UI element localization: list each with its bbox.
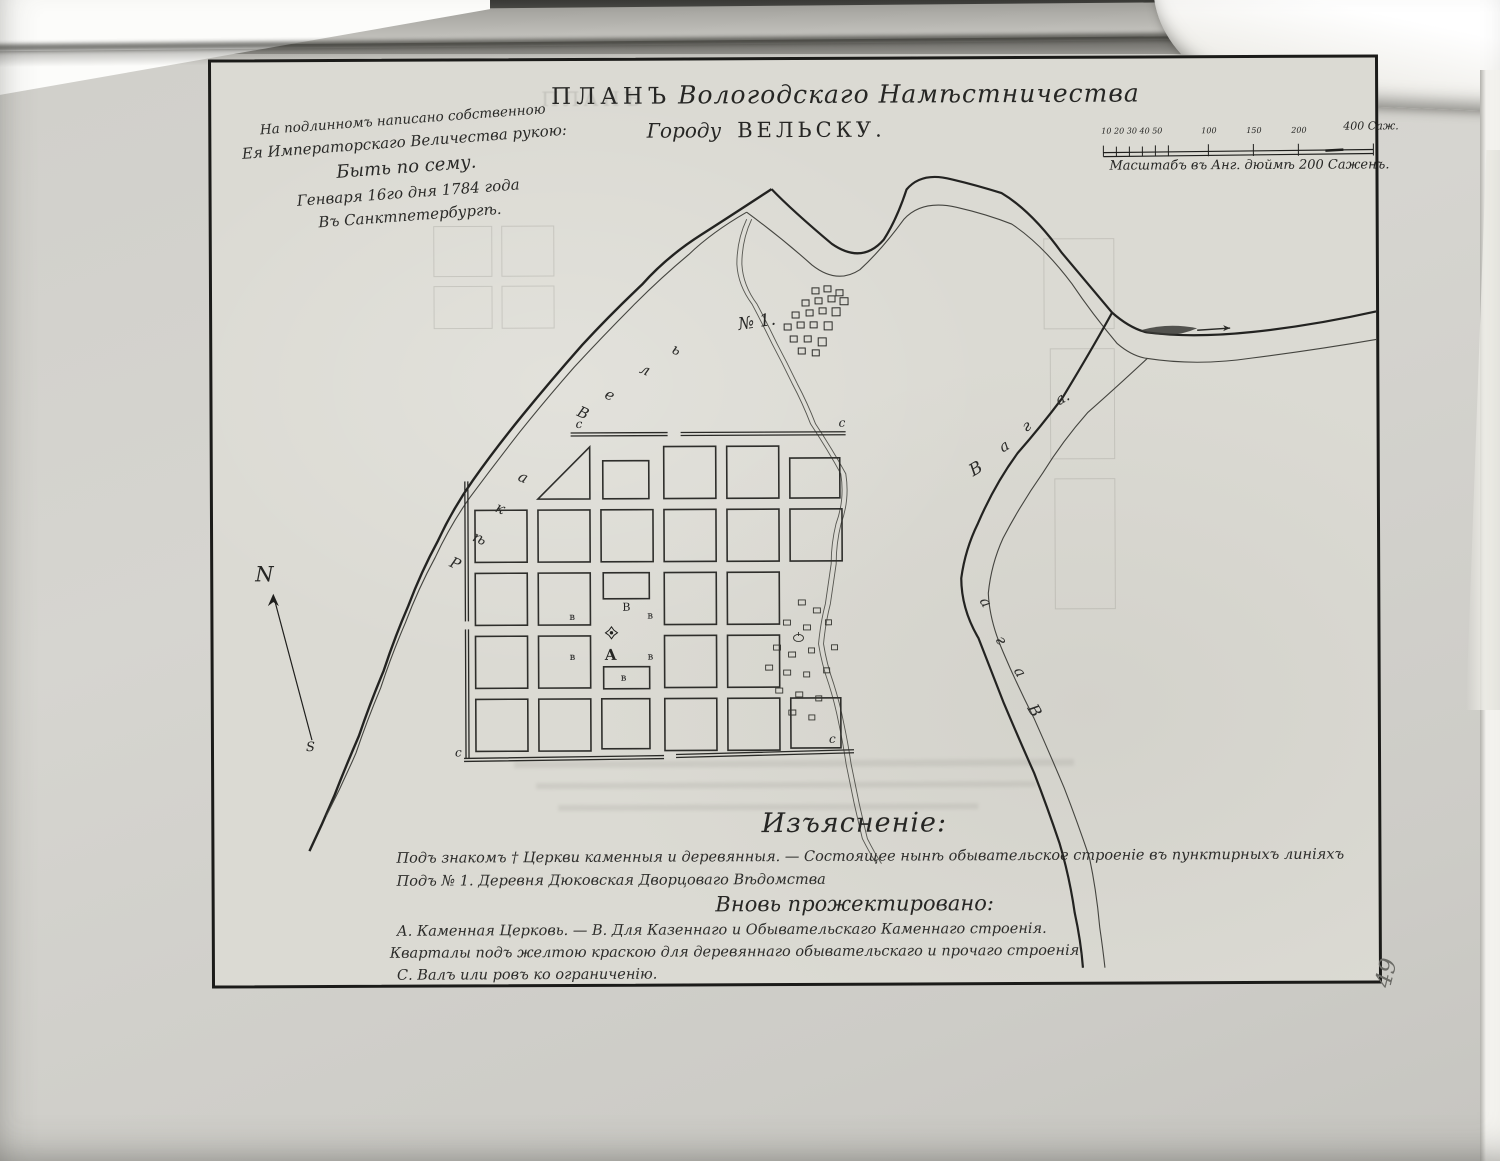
rampart-c-label: с (829, 732, 836, 746)
folio-number: 49 (1370, 956, 1402, 991)
river-island (1140, 325, 1230, 335)
title-town-word: Городу (647, 118, 722, 142)
compass-north-label: N (255, 562, 273, 586)
scale-caption: Масштабъ въ Анг. дюймѣ 200 Саженъ. (1109, 157, 1377, 173)
block-letter: в (570, 652, 576, 663)
church-point-label: А (605, 646, 617, 664)
scale-minor-labels: 10 20 30 40 50 (1101, 126, 1162, 135)
legend-line5: С. Валъ или ровъ ко ограниченію. (397, 965, 997, 984)
block-letter: в (648, 652, 654, 663)
title-town-name: ВЕЛЬСКУ. (737, 118, 886, 143)
legend-heading: Изъясненіе: (554, 806, 1154, 840)
legend-subheading: Вновь прожектировано: (555, 890, 1155, 917)
compass-needle (269, 595, 312, 740)
compass-south-label: S (306, 740, 315, 755)
projected-block-label: В (622, 601, 630, 614)
legend-line2: Подъ № 1. Деревня Дюковская Дворцоваго В… (397, 871, 1097, 890)
river-upper-south-bank (747, 203, 1377, 364)
scale-label-end: 400 Саж. (1343, 119, 1399, 132)
block-letter: в (569, 612, 575, 623)
block-letter: в (647, 611, 653, 622)
scale-label-200: 200 (1291, 126, 1306, 135)
rampart-c-label: с (455, 745, 462, 759)
scale-label-100: 100 (1201, 126, 1216, 135)
church-symbol-projected (605, 627, 617, 639)
bleed-through-blocks (434, 224, 1116, 612)
rampart-c-label: с (839, 416, 846, 430)
title-province: Вологодскаго Намѣстничества (678, 78, 1140, 109)
map-title-line2: Городу ВЕЛЬСКУ. (551, 117, 981, 143)
scanned-book-page: ПЛАНЪ (0, 0, 1500, 1161)
map-title-line1: ПЛАНЪ Вологодскаго Намѣстничества (551, 79, 1111, 110)
river-upper-north-bank (771, 175, 1376, 337)
town-blocks (475, 446, 843, 752)
map-frame: ПЛАНЪ (208, 54, 1382, 988)
village-no1-houses (784, 286, 848, 356)
scale-label-150: 150 (1246, 126, 1261, 135)
scale-bar-graphic (1103, 143, 1373, 156)
rampart-c-label: с (576, 417, 583, 431)
block-letter: в (621, 673, 627, 684)
river-vel-east-bank (324, 212, 750, 816)
